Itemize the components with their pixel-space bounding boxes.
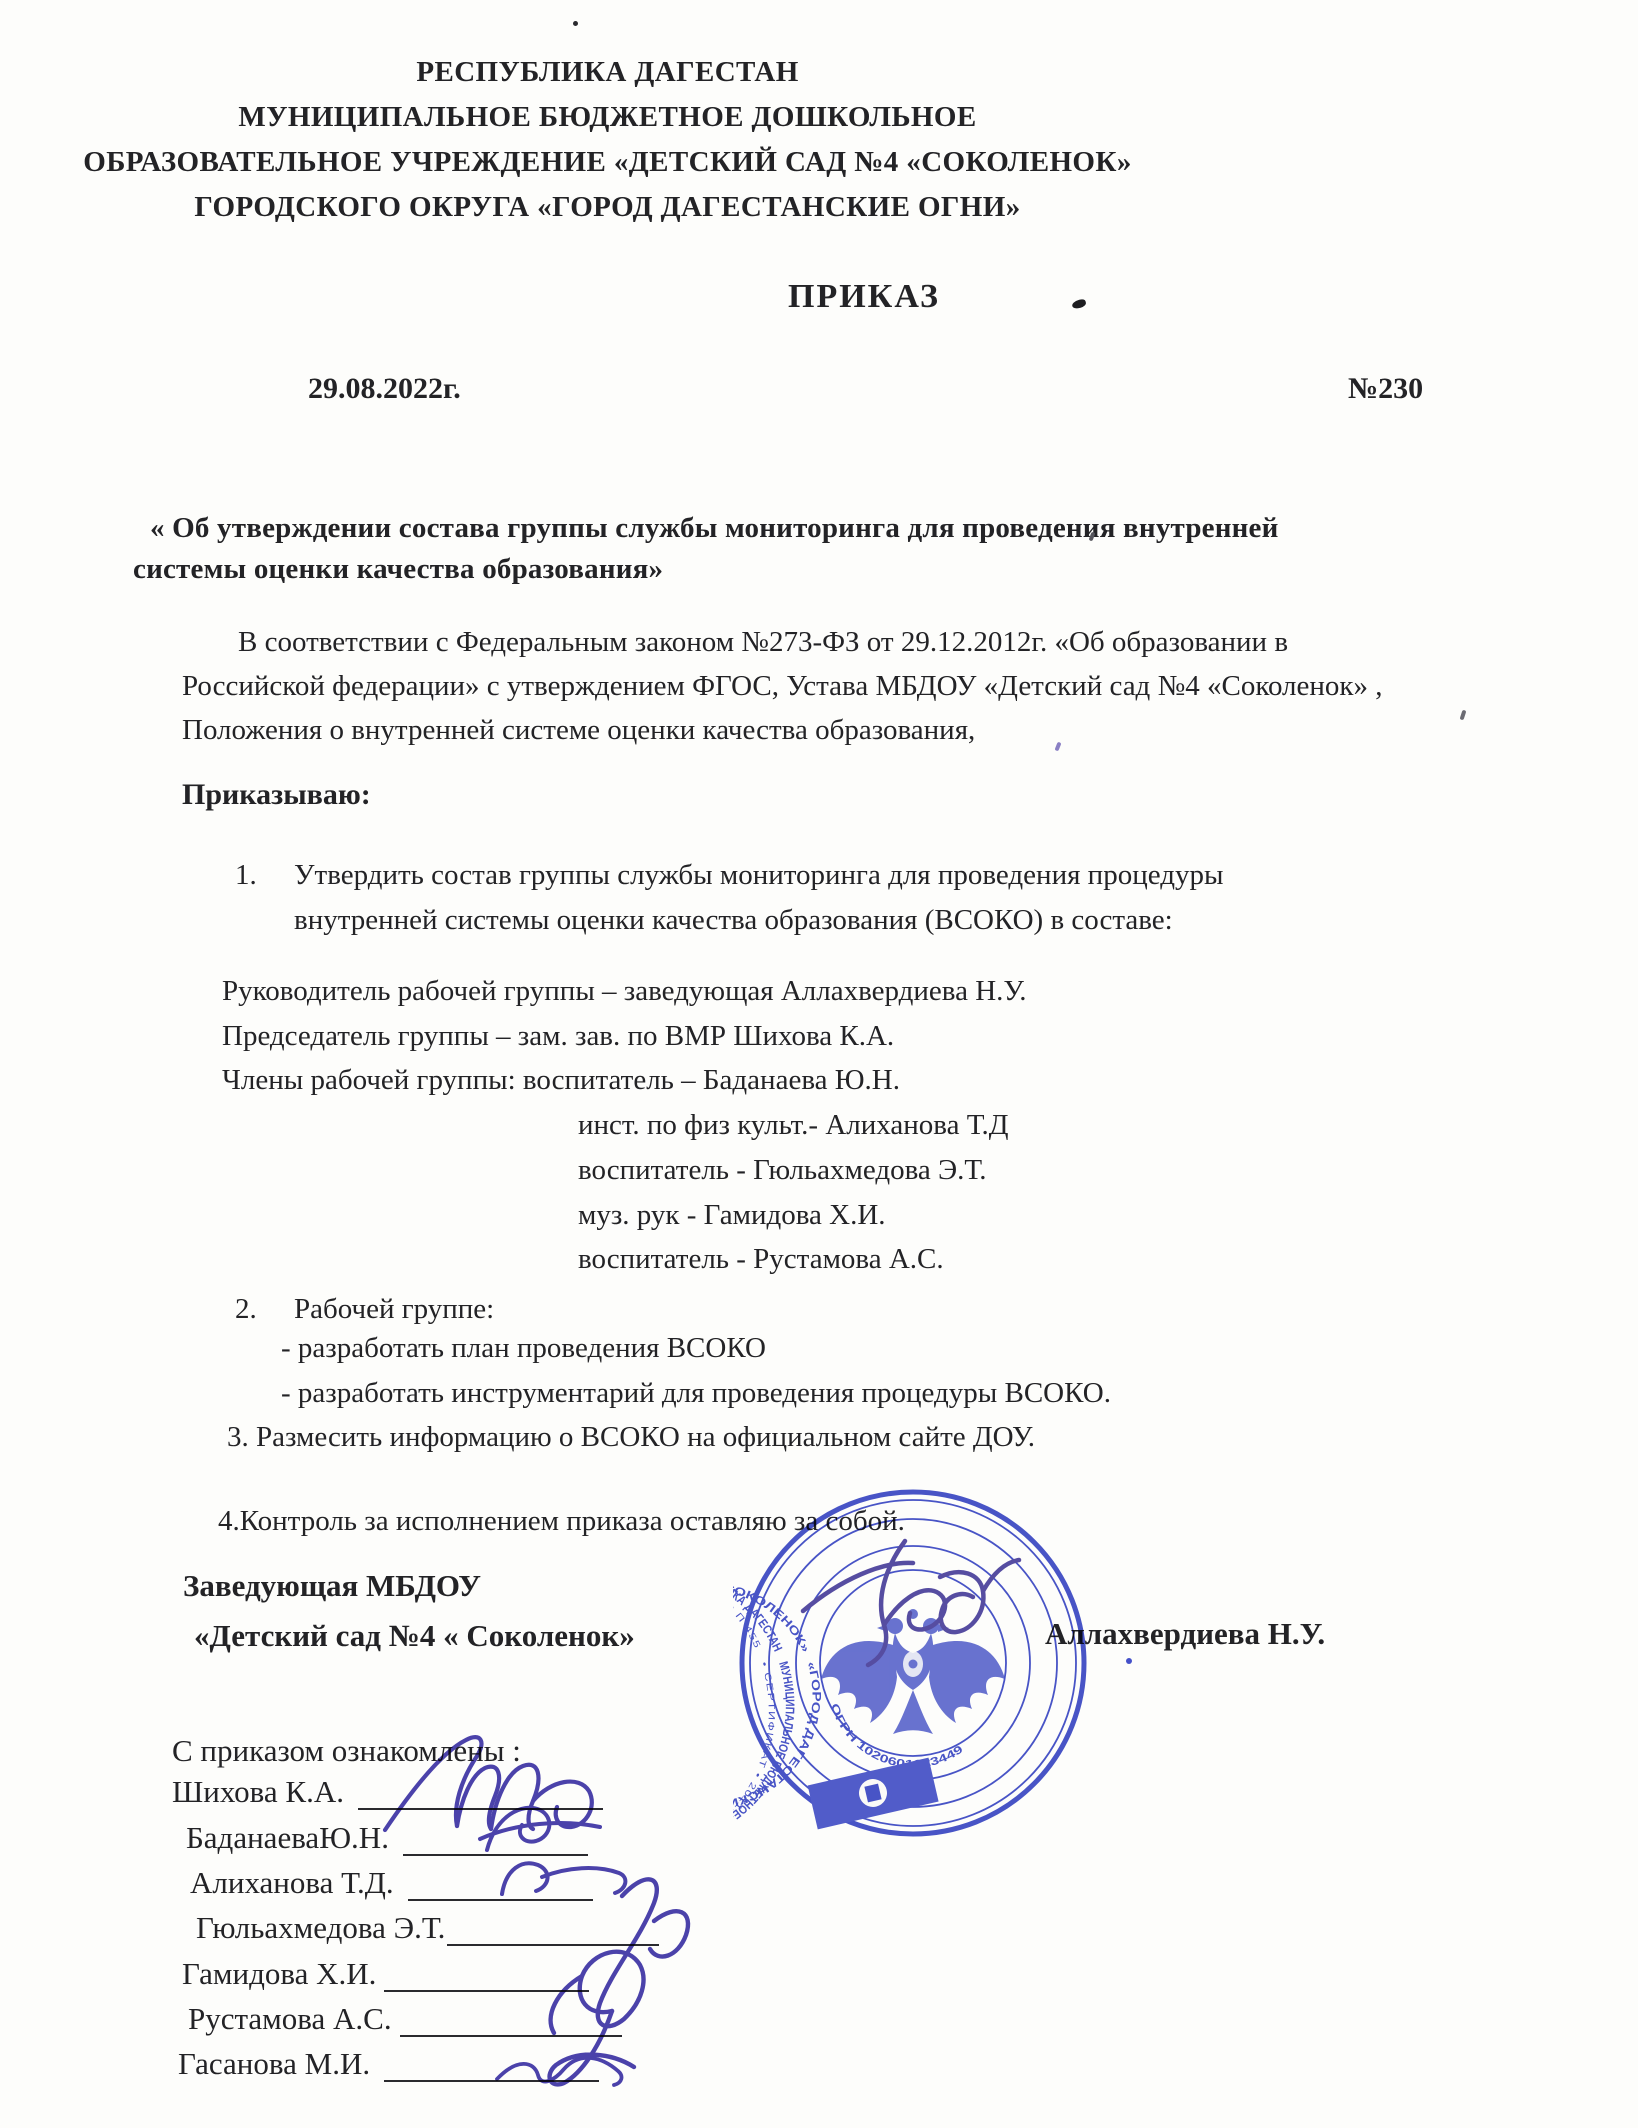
decree-word: Приказываю: <box>182 778 371 812</box>
order-item-3: 3. Размесить информацию о ВСОКО на офици… <box>227 1421 1035 1454</box>
group-leader-line: Руководитель рабочей группы – заведующая… <box>222 975 1026 1008</box>
signature-badanaeva <box>480 1808 600 1850</box>
signer-position-line-1: Заведующая МБДОУ <box>183 1568 481 1604</box>
item-2-subitem-1: - разработать план проведения ВСОКО <box>281 1332 766 1365</box>
signature-shikhova <box>385 1737 592 1830</box>
order-item-2: 2. Рабочей группе: <box>235 1287 1135 1332</box>
member-line-1: инст. по физ культ.- Алиханова Т.Д <box>578 1109 1009 1142</box>
document-title: ПРИКАЗ <box>788 278 940 316</box>
item-1-number: 1. <box>235 853 294 943</box>
scanned-order-document: РЕСПУБЛИКА ДАГЕСТАН МУНИЦИПАЛЬНОЕ БЮДЖЕТ… <box>0 0 1638 2128</box>
ink-speck <box>573 21 578 26</box>
letterhead-line-4: ГОРОДСКОГО ОКРУГА «ГОРОД ДАГЕСТАНСКИЕ ОГ… <box>0 185 1215 230</box>
intro-paragraph: В соответствии с Федеральным законом №27… <box>182 620 1397 752</box>
item-1-text: Утвердить состав группы службы мониторин… <box>294 853 1334 943</box>
signature-cluster <box>550 1879 688 2084</box>
letterhead-line-3: ОБРАЗОВАТЕЛЬНОЕ УЧРЕЖДЕНИЕ «ДЕТСКИЙ САД … <box>0 140 1215 185</box>
member-line-4: воспитатель - Рустамова А.С. <box>578 1243 944 1276</box>
signature-alikhanova <box>502 1863 625 1894</box>
director-signature-strokes <box>803 1541 1019 1665</box>
letterhead-line-2: МУНИЦИПАЛЬНОЕ БЮДЖЕТНОЕ ДОШКОЛЬНОЕ <box>0 95 1215 140</box>
item-2-subitem-2: - разработать инструментарий для проведе… <box>281 1377 1111 1410</box>
letterhead: РЕСПУБЛИКА ДАГЕСТАН МУНИЦИПАЛЬНОЕ БЮДЖЕТ… <box>0 50 1215 230</box>
order-date: 29.08.2022г. <box>308 372 461 406</box>
order-item-1: 1. Утвердить состав группы службы монито… <box>235 853 1395 943</box>
group-members-line: Члены рабочей группы: воспитатель – Бада… <box>222 1064 900 1097</box>
order-subject: « Об утверждении состава группы службы м… <box>133 508 1338 590</box>
order-number: №230 <box>1348 372 1423 406</box>
item-2-text: Рабочей группе: <box>294 1287 494 1332</box>
ink-speck <box>1071 298 1087 309</box>
member-line-2: воспитатель - Гюльахмедова Э.Т. <box>578 1154 987 1187</box>
group-chair-line: Председатель группы – зам. зав. по ВМР Ш… <box>222 1020 894 1053</box>
ink-speck <box>1460 710 1467 721</box>
member-line-3: муз. рук - Гамидова Х.И. <box>578 1199 886 1232</box>
pen-speck <box>1126 1658 1132 1664</box>
signer-position-line-2: «Детский сад №4 « Соколенок» <box>194 1618 635 1654</box>
item-2-number: 2. <box>235 1287 294 1332</box>
letterhead-line-1: РЕСПУБЛИКА ДАГЕСТАН <box>0 50 1215 95</box>
ack-signatures-ink <box>280 1680 900 2120</box>
